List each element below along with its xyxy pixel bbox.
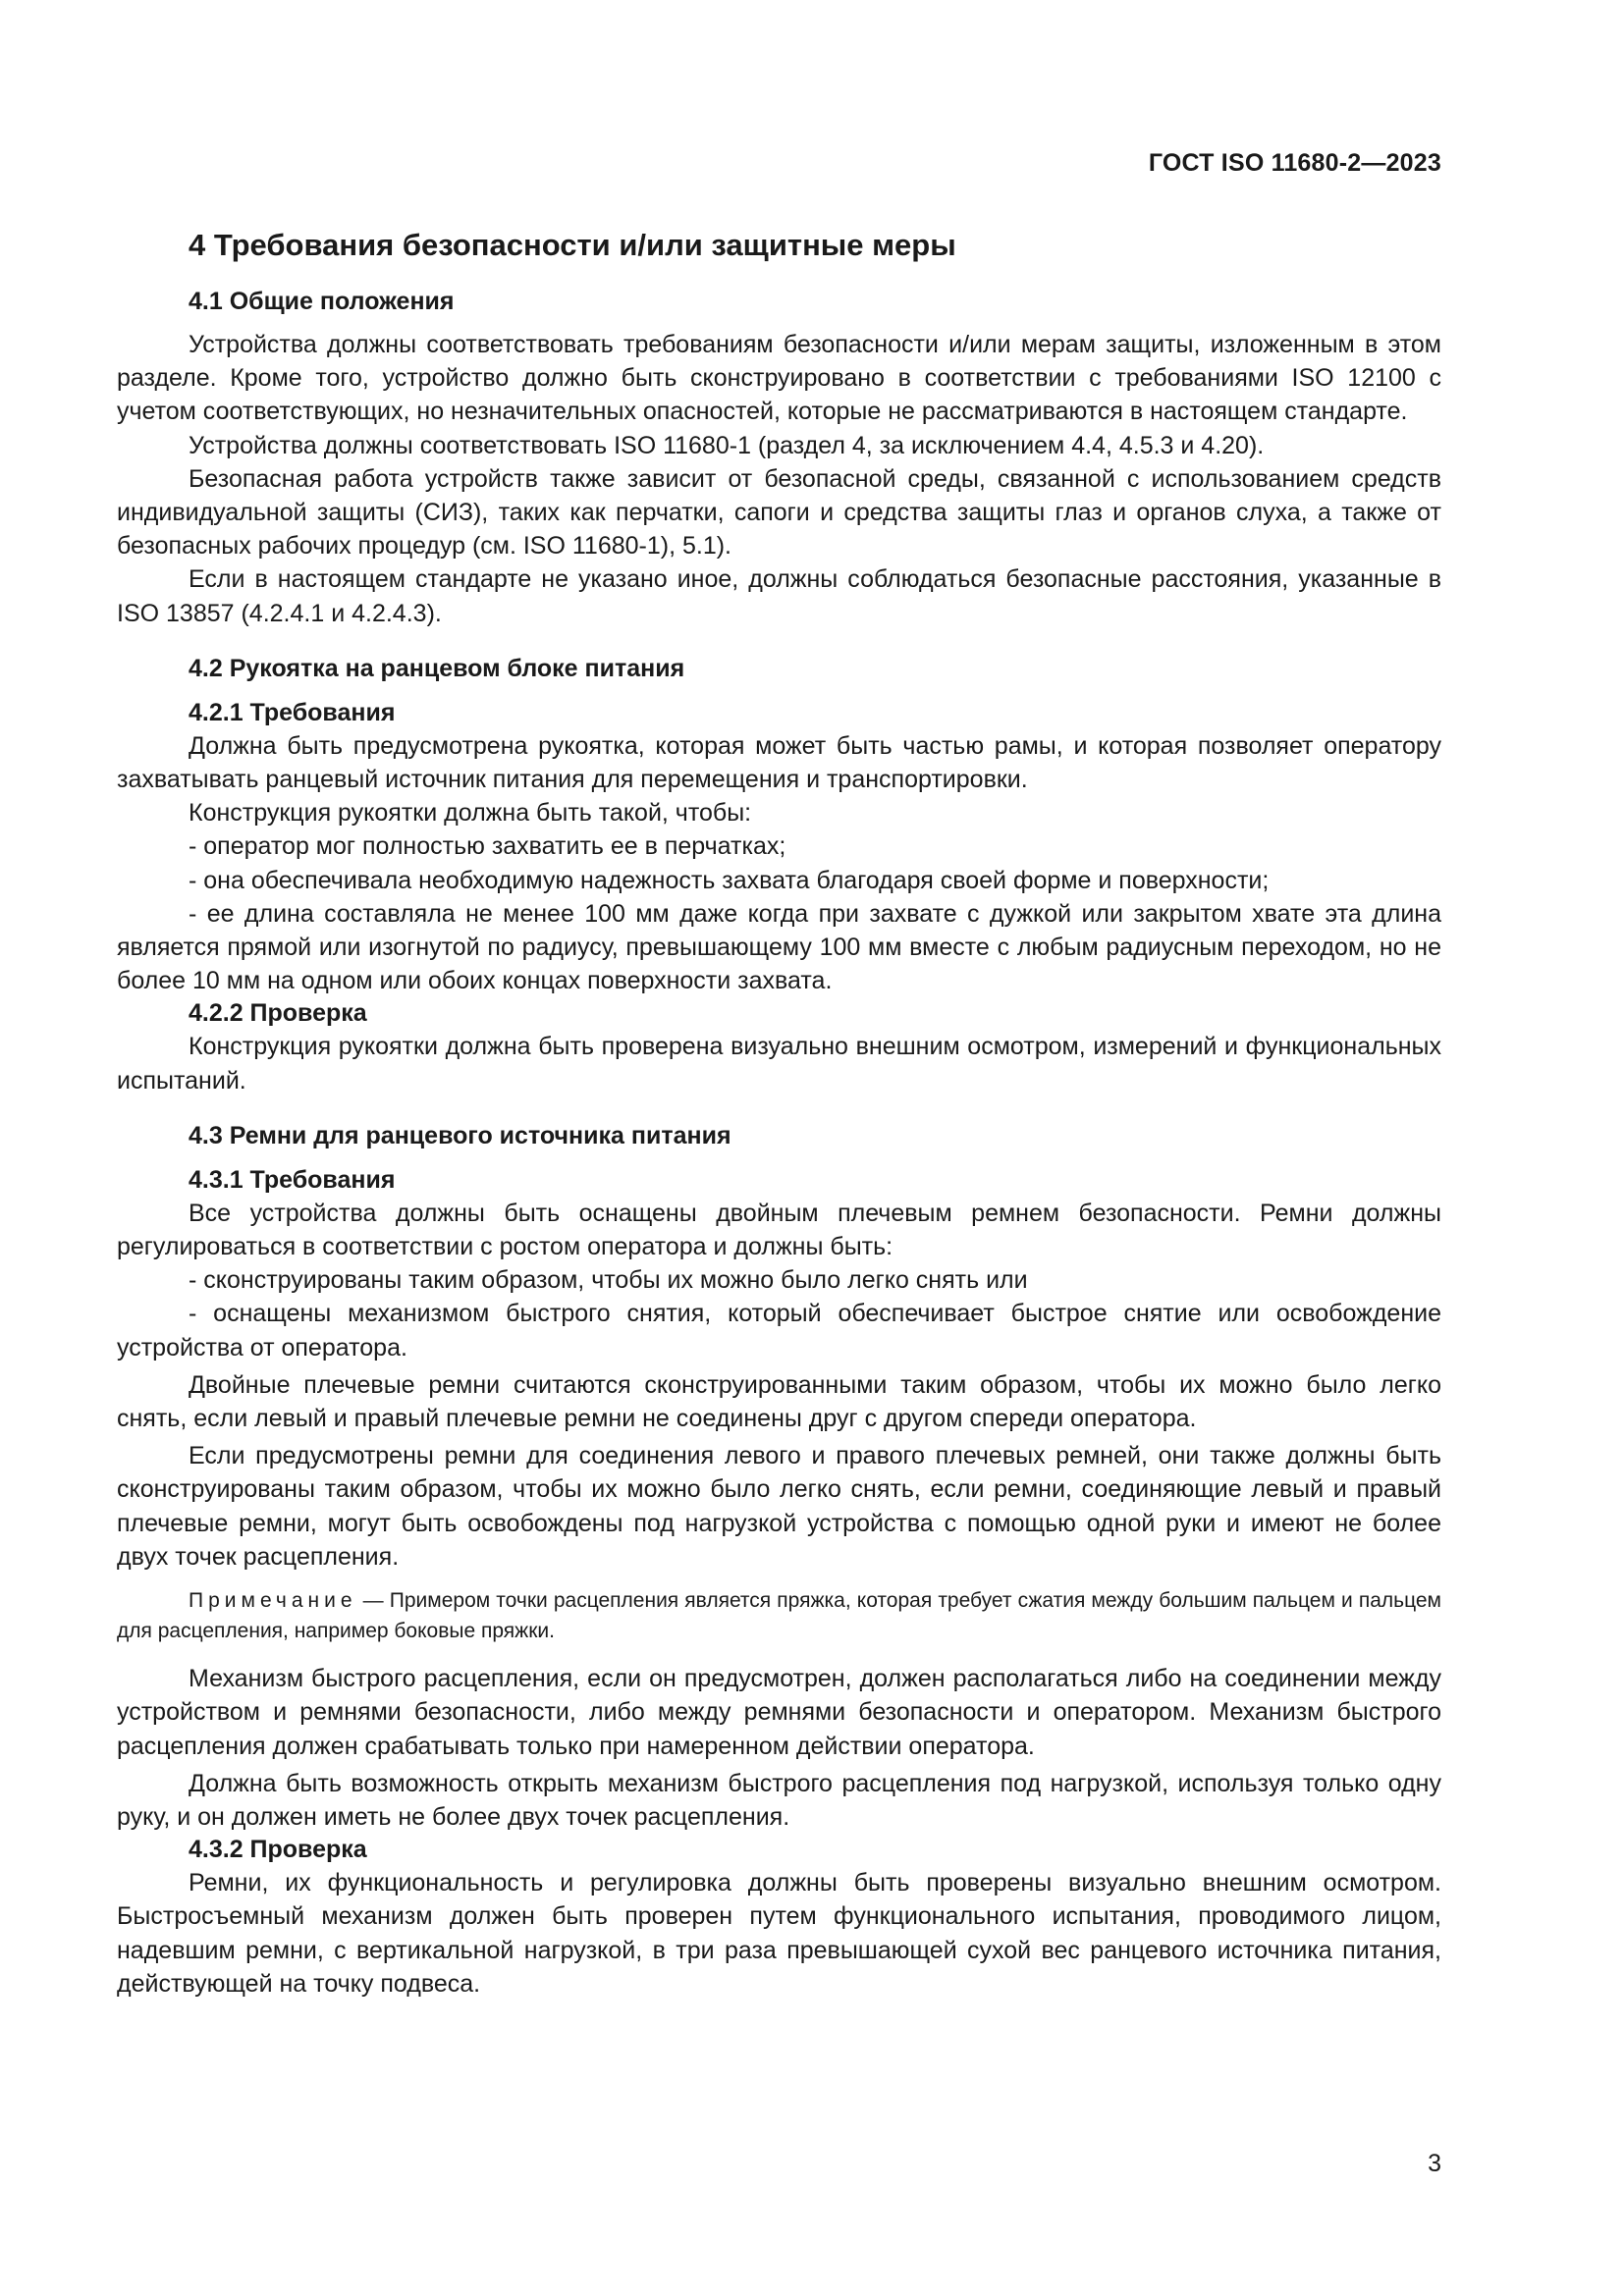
document-body: 4 Требования безопасности и/или защитные… [117, 224, 1441, 2001]
subsection-4-2-1-title: 4.2.1 Требования [189, 697, 1441, 729]
paragraph: Устройства должны соответствовать требов… [117, 328, 1441, 429]
paragraph: Устройства должны соответствовать ISO 11… [117, 429, 1441, 462]
document-code: ГОСТ ISO 11680-2—2023 [1149, 149, 1441, 178]
page-number: 3 [1428, 2150, 1441, 2178]
note-label: Примечание [189, 1589, 357, 1612]
paragraph: Ремни, их функциональность и регулировка… [117, 1866, 1441, 2001]
paragraph: Механизм быстрого расцепления, если он п… [117, 1662, 1441, 1763]
subsection-4-2-title: 4.2 Рукоятка на ранцевом блоке питания [189, 652, 1441, 685]
paragraph: Безопасная работа устройств также зависи… [117, 462, 1441, 563]
list-item: - оснащены механизмом быстрого снятия, к… [117, 1297, 1441, 1363]
list-item: - ее длина составляла не менее 100 мм да… [117, 897, 1441, 998]
paragraph: Если предусмотрены ремни для соединения … [117, 1439, 1441, 1574]
subsection-4-2-2-title: 4.2.2 Проверка [189, 997, 1441, 1030]
subsection-4-3-title: 4.3 Ремни для ранцевого источника питани… [189, 1119, 1441, 1152]
document-page: ГОСТ ISO 11680-2—2023 4 Требования безоп… [0, 0, 1624, 2296]
paragraph: Если в настоящем стандарте не указано ин… [117, 562, 1441, 629]
paragraph: Должна быть возможность открыть механизм… [117, 1767, 1441, 1834]
paragraph: Двойные плечевые ремни считаются сконстр… [117, 1368, 1441, 1435]
paragraph: Все устройства должны быть оснащены двой… [117, 1197, 1441, 1263]
note: Примечание — Примером точки расцепления … [117, 1585, 1441, 1646]
subsection-4-3-2-title: 4.3.2 Проверка [189, 1834, 1441, 1866]
subsection-4-3-1-title: 4.3.1 Требования [189, 1164, 1441, 1197]
list-item: - сконструированы таким образом, чтобы и… [117, 1263, 1441, 1297]
section-title: 4 Требования безопасности и/или защитные… [189, 224, 1441, 267]
subsection-4-1-title: 4.1 Общие положения [189, 285, 1441, 318]
paragraph: Конструкция рукоятки должна быть провере… [117, 1030, 1441, 1096]
list-item: - она обеспечивала необходимую надежност… [117, 864, 1441, 897]
paragraph: Должна быть предусмотрена рукоятка, кото… [117, 729, 1441, 796]
list-item: - оператор мог полностью захватить ее в … [117, 829, 1441, 863]
paragraph: Конструкция рукоятки должна быть такой, … [117, 796, 1441, 829]
